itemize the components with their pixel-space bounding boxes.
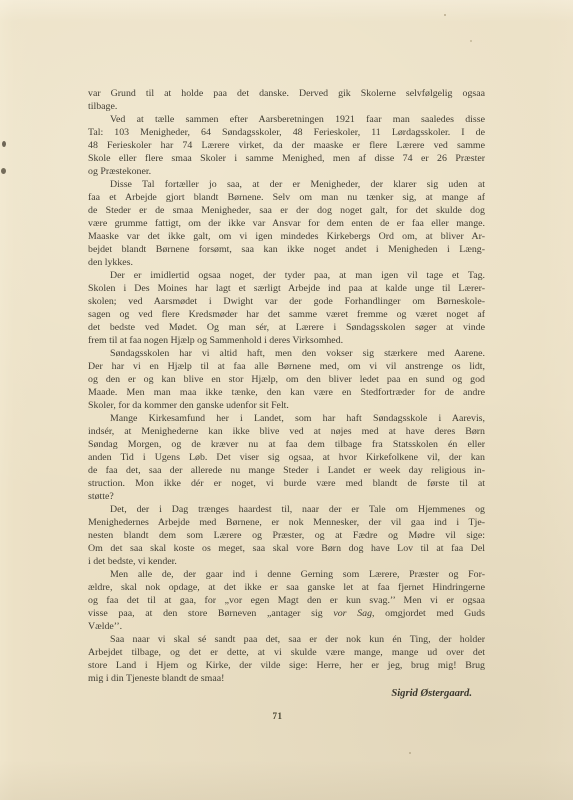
text-line: støtte? [88,490,485,503]
text-line: være grumme fattigt, om der ikke var Ans… [88,217,485,230]
text-line: visse paa, at den store Børneven „antage… [88,607,485,620]
book-page: var Grund til at holde paa det danske. D… [0,0,573,800]
text-line: Søndag Morgen, og de kræver nu at faa de… [88,438,485,451]
author-signature: Sigrid Østergaard. [88,687,485,700]
paper-speck [2,141,6,147]
text-line: Menighedernes Arbejde med Børnene, er no… [88,516,485,529]
page-number: 71 [88,710,485,722]
paragraph: Mange Kirkesamfund her i Landet, som har… [88,412,485,503]
paragraph: Ved at tælle sammen efter Aarsberetninge… [88,113,485,178]
text-line: store Land i Hjem og Kirke, der vilde si… [88,659,485,672]
text-line: 48 Ferieskoler har 74 Lærere virket, da … [88,139,485,152]
text-line: Søndagsskolen har vi altid haft, men den… [88,347,485,360]
text-line: Skole eller flere smaa Skoler i samme Me… [88,152,485,165]
text-line: nesten blandt dem som Lærere og Præster,… [88,529,485,542]
text-line: Arbejdet tilbage, og det er dette, at vi… [88,646,485,659]
text-line: Vælde’’. [88,620,485,633]
text-line: var Grund til at holde paa det danske. D… [88,87,485,100]
text-line: Disse Tal fortæller jo saa, at der er Me… [88,178,485,191]
paper-speck [409,752,411,754]
paper-speck [444,14,446,16]
text-line: mig i din Tjeneste blandt de smaa! [88,672,485,685]
text-line: skolen; ved Aarsmødet i Dwight var der g… [88,295,485,308]
text-line: bejdet blandt Børnene forsømt, saa kan i… [88,243,485,256]
paper-speck [1,168,6,174]
paragraph: Det, der i Dag trænges haardest til, naa… [88,503,485,568]
text-line: Maade. Men man maa ikke tænke, den kan v… [88,386,485,399]
page-text-block: var Grund til at holde paa det danske. D… [88,87,485,722]
text-line: tilbage. [88,100,485,113]
paragraph: Disse Tal fortæller jo saa, at der er Me… [88,178,485,269]
text-line: Mange Kirkesamfund her i Landet, som har… [88,412,485,425]
text-line: faa et Arbejde gjort blandt Børnene. Sel… [88,191,485,204]
paragraph: Der er imidlertid ogsaa noget, der tyder… [88,269,485,347]
text-line: indsér, at Menighederne kan ikke blive v… [88,425,485,438]
paragraph: Søndagsskolen har vi altid haft, men den… [88,347,485,412]
text-line: det bedste ved Mødet. Og man sér, at Lær… [88,321,485,334]
text-line: og den er og kan blive en stor Hjælp, om… [88,373,485,386]
text-line: Skoler, for da kommer den ganske udenfor… [88,399,485,412]
text-line: Maaske var det ikke galt, om vi igen min… [88,230,485,243]
text-line: og faa det til at gaa, for „vor egen Mag… [88,594,485,607]
text-line: sagen og ved flere Kredsmøder har det sa… [88,308,485,321]
text-line: Ved at tælle sammen efter Aarsberetninge… [88,113,485,126]
text-line: Der har vi en Hjælp til at faa alle Børn… [88,360,485,373]
text-line: struction. Mon ikke dér er noget, vi bur… [88,477,485,490]
text-line: i det bedste, vi kender. [88,555,485,568]
text-line: Saa naar vi skal sé sandt paa det, saa e… [88,633,485,646]
text-line: Det, der i Dag trænges haardest til, naa… [88,503,485,516]
text-line: ældre, skal nok opdage, at det ikke er s… [88,581,485,594]
text-line: Tal: 103 Menigheder, 64 Søndagsskoler, 4… [88,126,485,139]
paragraph: Men alle de, der gaar ind i denne Gernin… [88,568,485,633]
paragraph: Saa naar vi skal sé sandt paa det, saa e… [88,633,485,685]
text-line: frem til at faa nogen Hjælp og Sammenhol… [88,334,485,347]
text-line: Skolen i Des Moines har lagt et særligt … [88,282,485,295]
text-line: de Steder er de smaa Menigheder, saa er … [88,204,485,217]
text-line: og Præstekoner. [88,165,485,178]
text-line: Men alle de, der gaar ind i denne Gernin… [88,568,485,581]
text-line: den lykkes. [88,256,485,269]
paper-speck [470,40,472,42]
paragraph: var Grund til at holde paa det danske. D… [88,87,485,113]
body-paragraphs: var Grund til at holde paa det danske. D… [88,87,485,685]
text-line: Om det saa skal koste os meget, saa skal… [88,542,485,555]
text-line: Der er imidlertid ogsaa noget, der tyder… [88,269,485,282]
text-line: anden Tid i Ugens Løb. Det viser sig ogs… [88,451,485,464]
text-line: de faa det, saa der allerede nu mange St… [88,464,485,477]
